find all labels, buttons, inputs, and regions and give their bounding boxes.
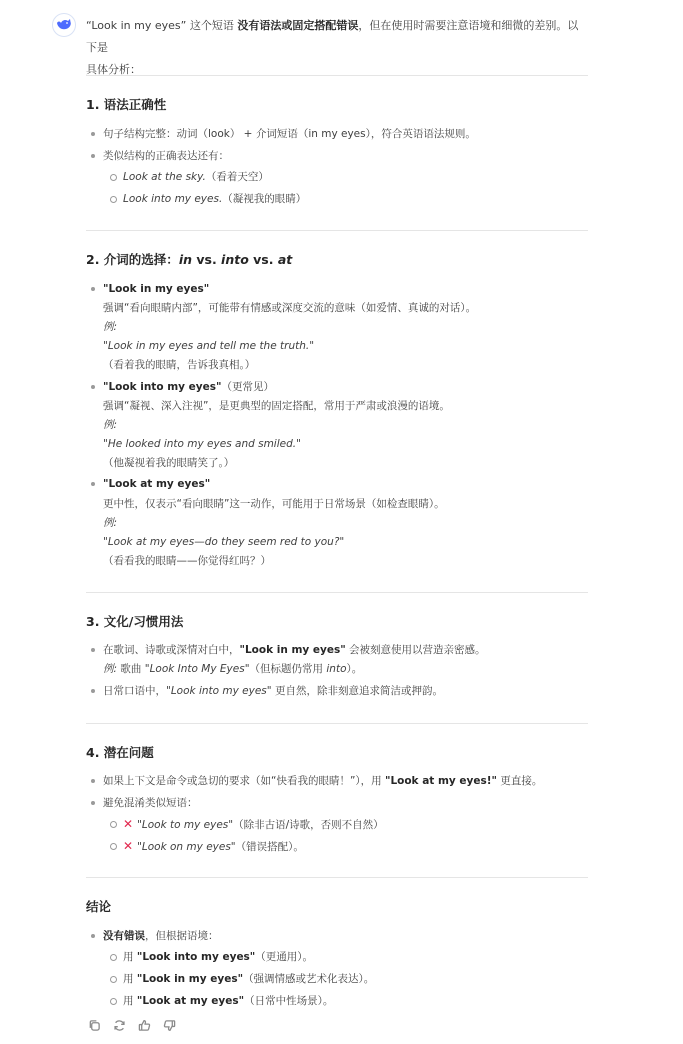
divider bbox=[86, 230, 588, 231]
list-item: 在歌词、诗歌或深情对白中，"Look in my eyes" 会被刻意使用以营造… bbox=[103, 640, 486, 660]
divider bbox=[86, 723, 588, 724]
phrase-suffix: （更常见） bbox=[221, 381, 274, 393]
item-text: 在歌词、诗歌或深情对白中， bbox=[103, 644, 240, 656]
item-bold: 没有错误 bbox=[103, 930, 145, 942]
intro-bold: 没有语法或固定搭配错误 bbox=[237, 19, 358, 32]
item-note: （日常中性场景）。 bbox=[244, 995, 333, 1007]
item-text: 如果上下文是命令或急切的要求（如“快看我的眼睛！”），用 bbox=[103, 775, 385, 787]
heading-text: 2. 介词的选择： bbox=[86, 252, 179, 267]
example-label: 例: bbox=[103, 513, 117, 533]
item-note: （更通用）。 bbox=[255, 951, 313, 963]
example-line: 例: 歌曲 "Look Into My Eyes"（但标题仍常用 into）。 bbox=[103, 659, 362, 679]
sub-list-item: ✕"Look to my eyes"（除非古语/诗歌，否则不自然） bbox=[123, 814, 384, 835]
phrase-description: 强调“凝视、深入注视”，是更典型的固定搭配，常用于严肃或浪漫的语境。 bbox=[103, 396, 450, 416]
item-bold: "Look into my eyes" bbox=[137, 951, 255, 963]
list-item: 避免混淆类似短语： bbox=[103, 793, 198, 813]
section-heading-grammar: 1. 语法正确性 bbox=[86, 96, 166, 114]
item-text: 歌曲 bbox=[117, 663, 145, 675]
wrong-phrase: "Look on my eyes" bbox=[137, 841, 236, 853]
list-item: 没有错误，但根据语境： bbox=[103, 926, 219, 946]
sub-list-item: 用 "Look into my eyes"（更通用）。 bbox=[123, 947, 313, 967]
item-text: ，但根据语境： bbox=[145, 930, 219, 942]
item-italic: "Look into my eyes" bbox=[166, 685, 272, 697]
copy-button[interactable] bbox=[86, 1017, 102, 1033]
list-item: 句子结构完整：动词（look） + 介词短语（in my eyes），符合英语语… bbox=[103, 124, 476, 144]
sub-list-item: 用 "Look at my eyes"（日常中性场景）。 bbox=[123, 991, 333, 1011]
cross-mark-icon: ✕ bbox=[123, 839, 133, 853]
example-label: 例: bbox=[103, 663, 117, 675]
example-note: （看着天空） bbox=[206, 171, 269, 183]
assistant-avatar bbox=[52, 13, 76, 37]
dislike-button[interactable] bbox=[161, 1017, 177, 1033]
intro-paragraph: “Look in my eyes” 这个短语 没有语法或固定搭配错误，但在使用时… bbox=[86, 15, 588, 81]
item-text: 日常口语中， bbox=[103, 685, 166, 697]
copy-icon bbox=[88, 1019, 101, 1032]
sub-list-item: Look at the sky.（看着天空） bbox=[123, 167, 269, 187]
phrase-title: "Look at my eyes" bbox=[103, 478, 210, 490]
item-bold: "Look in my eyes" bbox=[137, 973, 243, 985]
item-text: ）。 bbox=[347, 663, 363, 675]
item-text: 更直接。 bbox=[497, 775, 542, 787]
message-actions bbox=[86, 1017, 177, 1033]
deepseek-whale-icon bbox=[56, 18, 72, 32]
item-text: （但标题仍常用 bbox=[250, 663, 327, 675]
wrong-phrase: "Look to my eyes" bbox=[137, 819, 233, 831]
example-sentence: "He looked into my eyes and smiled." bbox=[103, 434, 301, 454]
example-phrase: Look at the sky. bbox=[123, 171, 206, 183]
heading-vs: vs. bbox=[249, 252, 278, 267]
thumbs-up-icon bbox=[138, 1019, 151, 1032]
section-heading-issues: 4. 潜在问题 bbox=[86, 744, 154, 762]
example-sentence: "Look in my eyes and tell me the truth." bbox=[103, 336, 314, 356]
divider bbox=[86, 877, 588, 878]
intro-text: “Look in my eyes” 这个短语 bbox=[86, 19, 237, 32]
list-item: "Look into my eyes"（更常见） bbox=[103, 377, 274, 397]
item-text: 用 bbox=[123, 995, 137, 1007]
heading-at: at bbox=[278, 252, 292, 267]
section-heading-prepositions: 2. 介词的选择：in vs. into vs. at bbox=[86, 251, 292, 269]
section-heading-culture: 3. 文化/习惯用法 bbox=[86, 613, 183, 631]
list-item: 类似结构的正确表达还有： bbox=[103, 146, 229, 166]
item-text: 会被刻意使用以营造亲密感。 bbox=[346, 644, 486, 656]
item-text: 用 bbox=[123, 951, 137, 963]
regenerate-button[interactable] bbox=[111, 1017, 127, 1033]
example-translation: （看着我的眼睛，告诉我真相。） bbox=[103, 355, 255, 375]
example-label: 例: bbox=[103, 415, 117, 435]
heading-vs: vs. bbox=[192, 252, 221, 267]
cross-mark-icon: ✕ bbox=[123, 817, 133, 831]
phrase-description: 强调“看向眼睛内部”，可能带有情感或深度交流的意味（如爱情、真诚的对话）。 bbox=[103, 298, 476, 318]
sub-list-item: 用 "Look in my eyes"（强调情感或艺术化表达）。 bbox=[123, 969, 374, 989]
phrase-title: "Look into my eyes" bbox=[103, 381, 221, 393]
thumbs-down-icon bbox=[163, 1019, 176, 1032]
phrase-title: "Look in my eyes" bbox=[103, 283, 209, 295]
heading-into: into bbox=[221, 252, 249, 267]
item-note: （错误搭配）。 bbox=[236, 841, 304, 853]
list-item: 如果上下文是命令或急切的要求（如“快看我的眼睛！”），用 "Look at my… bbox=[103, 771, 542, 791]
item-bold: "Look in my eyes" bbox=[240, 644, 346, 656]
item-note: （强调情感或艺术化表达）。 bbox=[243, 973, 374, 985]
sub-list-item: ✕"Look on my eyes"（错误搭配）。 bbox=[123, 836, 304, 857]
list-item: "Look at my eyes" bbox=[103, 474, 210, 494]
regenerate-icon bbox=[113, 1019, 126, 1032]
item-text: 用 bbox=[123, 973, 137, 985]
example-label: 例: bbox=[103, 317, 117, 337]
list-item: "Look in my eyes" bbox=[103, 279, 209, 299]
item-bold: "Look at my eyes" bbox=[137, 995, 244, 1007]
divider bbox=[86, 75, 588, 76]
item-text: 更自然，除非刻意追求简洁或押韵。 bbox=[272, 685, 443, 697]
example-phrase: Look into my eyes. bbox=[123, 193, 222, 205]
heading-in: in bbox=[179, 252, 192, 267]
example-translation: （看看我的眼睛——你觉得红吗？） bbox=[103, 551, 271, 571]
item-italic: into bbox=[326, 663, 346, 675]
item-note: （除非古语/诗歌，否则不自然） bbox=[233, 819, 384, 831]
divider bbox=[86, 592, 588, 593]
item-bold: "Look at my eyes!" bbox=[385, 775, 497, 787]
example-sentence: "Look at my eyes—do they seem red to you… bbox=[103, 532, 344, 552]
example-translation: （他凝视着我的眼睛笑了。） bbox=[103, 453, 234, 473]
section-heading-conclusion: 结论 bbox=[86, 898, 111, 916]
sub-list-item: Look into my eyes.（凝视我的眼睛） bbox=[123, 189, 306, 209]
example-note: （凝视我的眼睛） bbox=[222, 193, 306, 205]
song-title: "Look Into My Eyes" bbox=[145, 663, 250, 675]
like-button[interactable] bbox=[136, 1017, 152, 1033]
list-item: 日常口语中，"Look into my eyes" 更自然，除非刻意追求简洁或押… bbox=[103, 681, 443, 701]
phrase-description: 更中性，仅表示“看向眼睛”这一动作，可能用于日常场景（如检查眼睛）。 bbox=[103, 494, 445, 514]
